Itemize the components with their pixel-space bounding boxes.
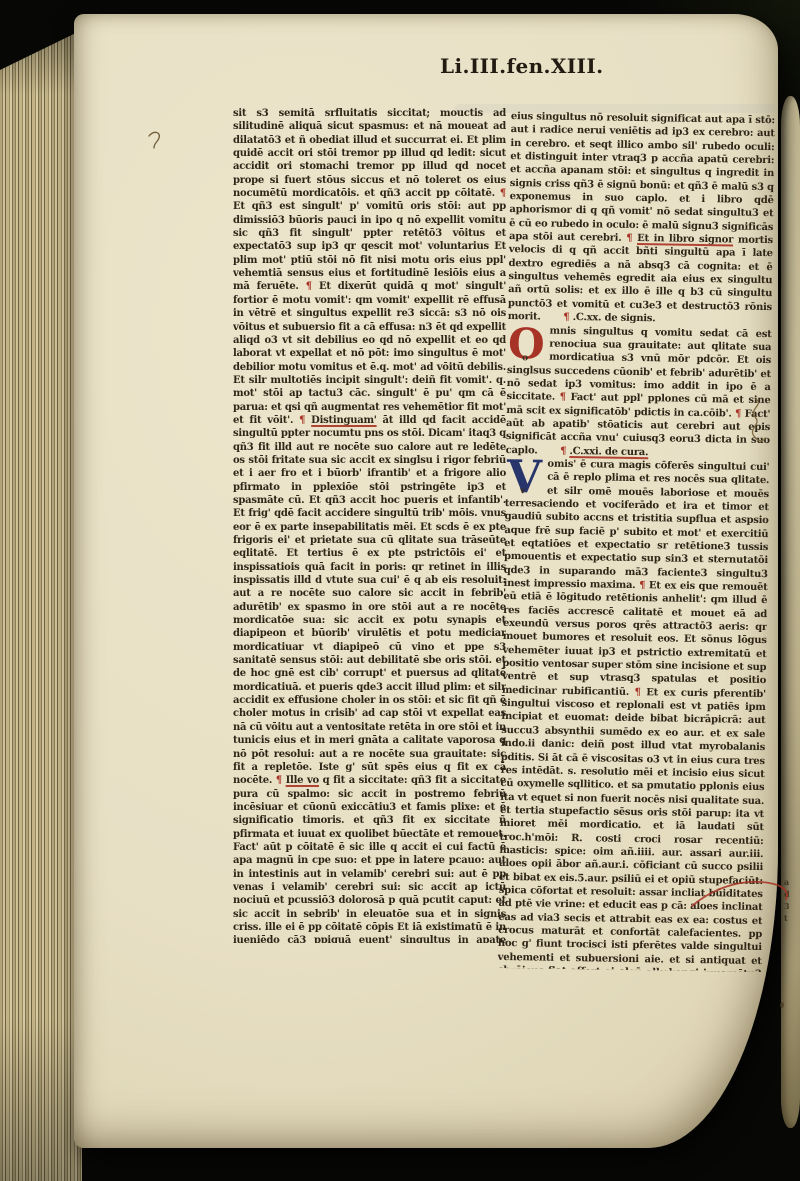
- facing-page-edge: [781, 96, 800, 1128]
- running-title: Li.III.fen.XIII.: [440, 54, 603, 78]
- rubric-pilcrow: ¶: [563, 312, 573, 323]
- guide-letter: v: [520, 473, 526, 510]
- rubric-pilcrow: ¶: [299, 415, 311, 426]
- rubric-pilcrow: ¶: [276, 775, 286, 786]
- paper-blemish: [780, 1002, 784, 1008]
- right-margin-pen-flourish: [742, 396, 768, 448]
- text-column-left: sit s3 semitā srfluitatis siccitat; mouc…: [233, 107, 506, 943]
- rubric-pilcrow: ¶: [500, 188, 506, 199]
- text-paragraph: Oomnis singultus q vomitu sedat cā est r…: [506, 323, 772, 461]
- guide-letter: o: [522, 340, 528, 377]
- rubric-pilcrow: ¶: [626, 233, 637, 244]
- illuminated-initial-O: Oo: [507, 324, 546, 364]
- book-photograph: { "document": { "running_title": "Li.III…: [0, 0, 800, 1181]
- text-column-right: eius singultus nō resoluit significat au…: [498, 110, 775, 972]
- left-margin-pen-mark: [146, 130, 164, 150]
- red-ink-flourish: [688, 874, 794, 918]
- illuminated-initial-V: Vv: [505, 458, 544, 498]
- book-fore-edge-pages: [0, 26, 82, 1181]
- text-paragraph: sit s3 semitā srfluitatis siccitat; mouc…: [233, 107, 506, 943]
- rubric-pilcrow: ¶: [306, 281, 319, 292]
- rubric-pilcrow: ¶: [560, 445, 570, 456]
- rubric-pilcrow: ¶: [560, 392, 571, 403]
- text-paragraph: eius singultus nō resoluit significat au…: [508, 110, 775, 328]
- rubric-pilcrow: ¶: [635, 687, 647, 698]
- book-page: Li.III.fen.XIII. sit s3 semitā srfluitat…: [74, 14, 778, 1148]
